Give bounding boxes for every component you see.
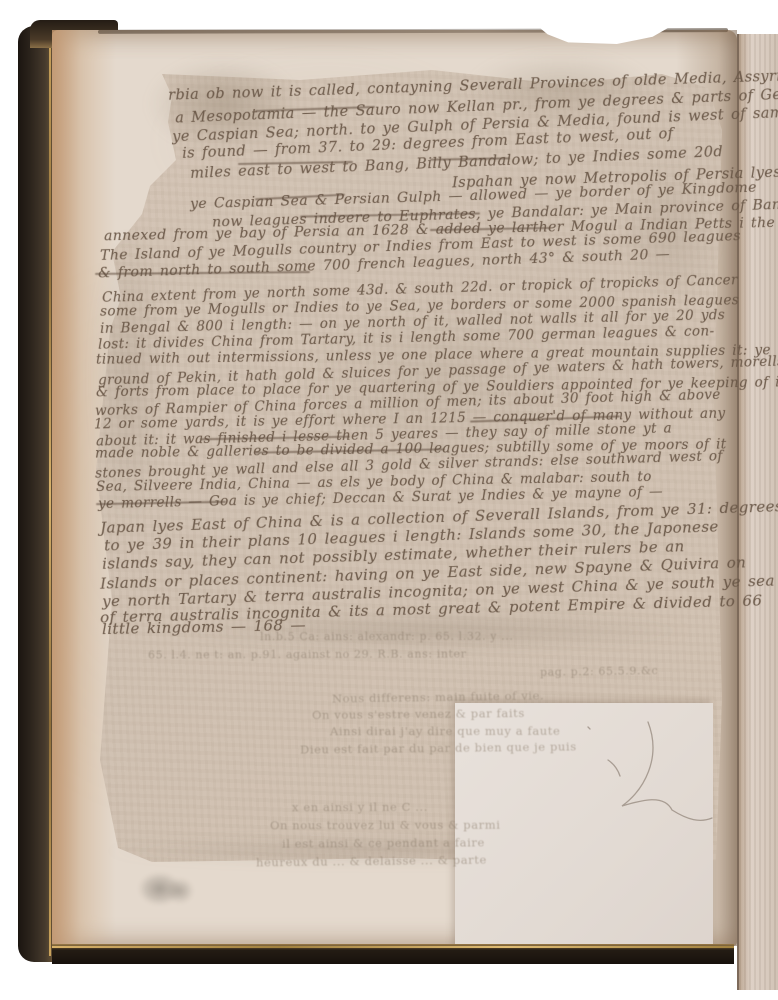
showthrough-line: On vous s'estre venez & par faits xyxy=(312,706,525,722)
gilt-fillet-line xyxy=(49,32,51,956)
showthrough-line: pag. p.2: 65.5.9.&c xyxy=(540,664,658,679)
showthrough-line: Ainsi dirai j'ay dire que muy a faute xyxy=(330,724,560,738)
photo-of-open-book: rbia ob now it is called, contayning Sev… xyxy=(0,0,778,1000)
showthrough-line: On nous trouvez lui & vous & parmi xyxy=(270,818,501,833)
gilt-fillet-line xyxy=(52,946,734,948)
showthrough-line: ln.b.5 Ca: ains: alexandr: p. 65. l.32. … xyxy=(260,630,514,643)
book-cover-bottom-edge xyxy=(52,944,734,964)
showthrough-line: x en ainsi y il ne C ... xyxy=(292,800,428,814)
background-corner xyxy=(737,0,778,34)
showthrough-line: il est ainsi & ce pendant a faire xyxy=(282,835,485,850)
showthrough-line: 65. l.4. ne t: an. p.91. against no 29. … xyxy=(148,647,467,661)
book-cover-spine xyxy=(18,26,54,962)
ink-blot xyxy=(138,872,200,914)
showthrough-line: heureux du ... & delaisse ... & parte xyxy=(256,853,487,870)
